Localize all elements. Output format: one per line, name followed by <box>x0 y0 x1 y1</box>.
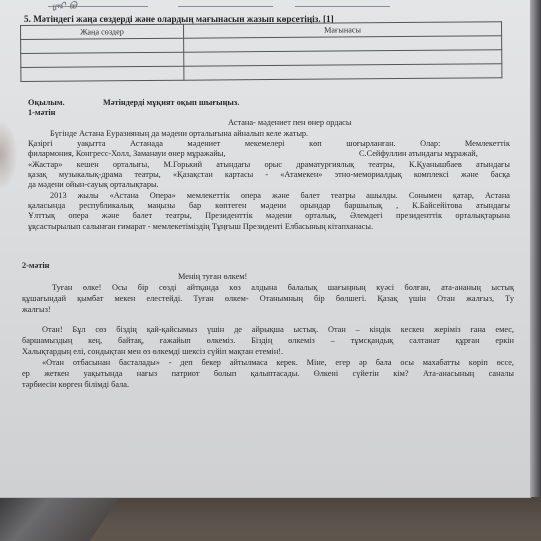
text1-line: Қазіргі уақытта Астанада мәдениет мекеме… <box>28 139 510 148</box>
table-cell[interactable] <box>21 38 184 53</box>
text2-label: 2-мәтін <box>22 261 49 270</box>
text1-line: қаласында республикалық маңызы бар көпте… <box>28 201 510 210</box>
text1-line: 2013 жылы «Астана Опера» мемлекеттік опе… <box>50 191 510 200</box>
table-cell[interactable] <box>21 52 184 67</box>
text1-label: 1-мәтін <box>28 108 55 117</box>
text1-title: Астана- мәдениет пен өнер ордасы <box>228 118 351 127</box>
text1-line: «Жастар» кешен орталығы, М.Горький атынд… <box>28 160 510 169</box>
reading-label: Оқылым. <box>28 98 65 107</box>
text2-line: Отан! Бұл сөз біздің қай-қайсымыз үшін д… <box>42 325 514 334</box>
signature-line <box>178 2 273 7</box>
text2-line: Халықтардың елі, сондықтан мен өз өлкемд… <box>22 347 283 356</box>
text1-line: С.Сейфуллин атындағы мұражай, <box>359 149 478 158</box>
text1-line: Бүгінде Астана Еуразияның да мәдени орта… <box>50 129 308 138</box>
text2-line: тәрбиесін көрген білімді бала. <box>22 380 129 389</box>
text2-line: баршамыздың кең, байтақ, ғажайып өлкеміз… <box>22 336 514 345</box>
signature-line <box>295 2 390 7</box>
table-cell[interactable] <box>21 66 184 81</box>
text2-title: Менің туған өлкем! <box>178 272 247 281</box>
document-page: ᡁᠠᠷ ᠪᠣ 5. Мәтіндегі жаңа сөздерді және о… <box>0 0 531 498</box>
text1-line: Ұлттық опера және балет театры, Президен… <box>28 211 510 220</box>
finger-shadow <box>0 120 18 190</box>
column-header-words: Жаңа сөздер <box>21 24 184 39</box>
text1-line: қазақ музыкалық-драма театры, «Қазақстан… <box>28 170 510 179</box>
reading-instruction: Мәтіндерді мұқият оқып шығыңыз. <box>103 98 239 107</box>
table-row <box>21 64 502 82</box>
table-cell[interactable] <box>184 64 502 80</box>
text1-line: да мәдени ойын-сауық орталықтары. <box>28 180 159 189</box>
page-edge-shadow <box>530 0 541 497</box>
handwriting: ᡁᠠᠷ ᠪᠣ <box>52 0 77 12</box>
text2-line: құшағындай қымбат мекен елестейді. Туған… <box>22 294 514 303</box>
text1-line: ұқсастырылып салынған ғимарат - мемлекет… <box>28 222 373 231</box>
new-words-table: Жаңа сөздер Мағынасы <box>20 21 502 82</box>
text2-line: жалғыз! <box>22 305 51 314</box>
text2-line: Туған өлке! Осы бір сөзді айтқанда көз а… <box>52 283 514 292</box>
text1-line: филармония, Конгресс-Холл, Заманауи өнер… <box>28 149 225 158</box>
text2-line: «Отан отбасынан басталады» - деп бекер а… <box>42 358 514 367</box>
text2-line: ер жеткен уақытында нағыз патриот болып … <box>22 369 514 378</box>
